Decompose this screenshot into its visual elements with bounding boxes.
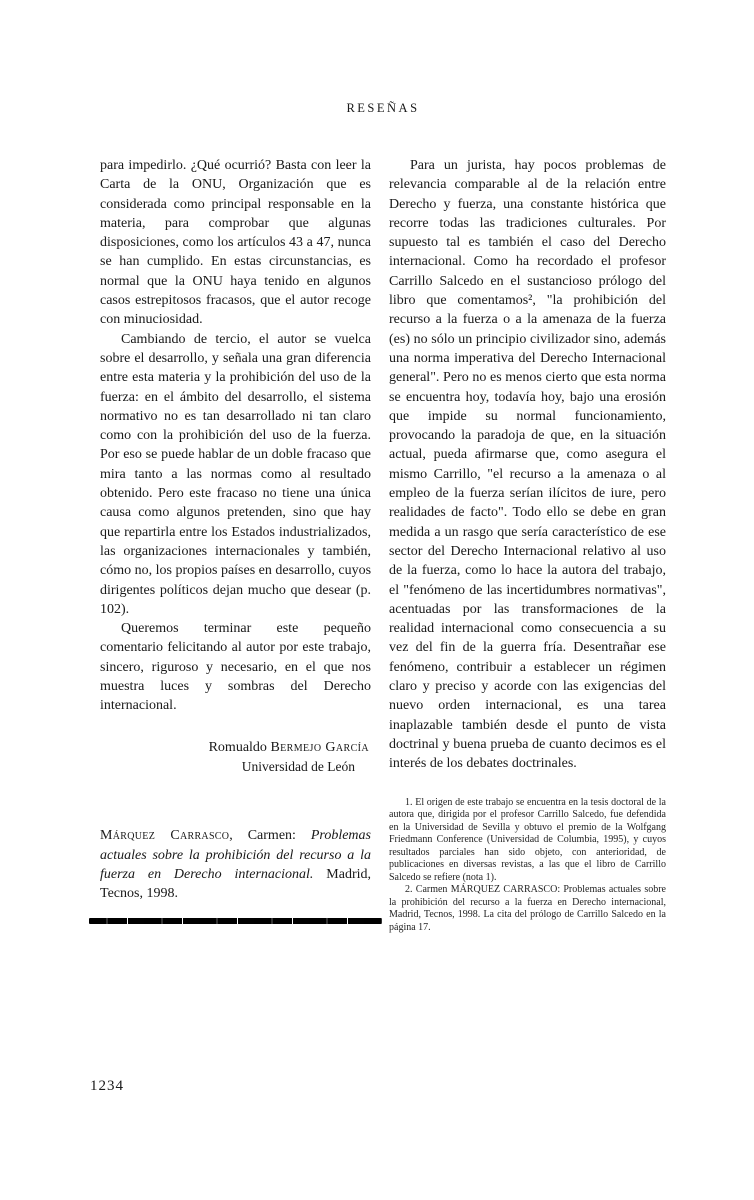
footnote: 2. Carmen MÁRQUEZ CARRASCO: Problemas ac… — [389, 884, 666, 934]
body-paragraph: Cambiando de tercio, el autor se vuelca … — [100, 330, 371, 619]
reference-author-name: , Carmen: — [229, 828, 296, 843]
running-head: RESEÑAS — [100, 101, 666, 116]
section-divider-rule — [89, 918, 382, 924]
reference-entry: Márquez Carrasco, Carmen: Problemas actu… — [100, 826, 371, 903]
reviewer-signature: Romualdo Bermejo García — [100, 738, 371, 758]
left-column: para impedirlo. ¿Qué ocurrió? Basta con … — [100, 156, 371, 924]
reviewer-first-name: Romualdo — [209, 740, 271, 755]
reviewer-surname: Bermejo García — [270, 740, 369, 755]
body-paragraph: para impedirlo. ¿Qué ocurrió? Basta con … — [100, 156, 371, 330]
footnotes-block: 1. El origen de este trabajo se encuentr… — [389, 797, 666, 935]
footnote: 1. El origen de este trabajo se encuentr… — [389, 797, 666, 885]
reviewer-affiliation: Universidad de León — [100, 757, 371, 776]
body-paragraph: Para un jurista, hay pocos problemas de … — [389, 156, 666, 774]
reference-author-surname: Márquez Carrasco — [100, 828, 229, 843]
body-paragraph: Queremos terminar este pequeño comentari… — [100, 619, 371, 715]
scanned-journal-page: RESEÑAS para impedirlo. ¿Qué ocurrió? Ba… — [0, 0, 754, 1200]
page-number: 1234 — [90, 1078, 124, 1095]
right-column: Para un jurista, hay pocos problemas de … — [389, 156, 666, 934]
